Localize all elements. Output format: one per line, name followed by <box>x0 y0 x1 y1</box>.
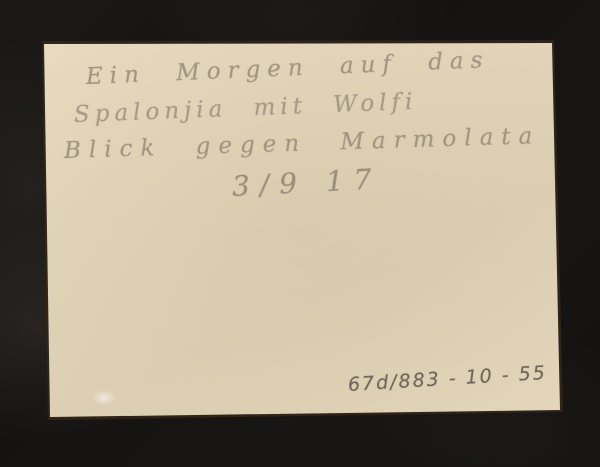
paper-smudge <box>92 390 116 406</box>
photo-backdrop: Ein Morgen auf das Spalonjia mit Wolfi B… <box>0 0 600 467</box>
handwriting-date: 3/9 17 <box>231 162 382 203</box>
photo-card-verso: Ein Morgen auf das Spalonjia mit Wolfi B… <box>0 0 600 467</box>
handwriting-line-3: Blick gegen Marmolata <box>64 123 541 164</box>
handwriting-line-2: Spalonjia mit Wolfi <box>74 89 418 128</box>
handwriting-line-1: Ein Morgen auf das <box>85 47 489 90</box>
inventory-number: 67d/883 - 10 - 55 <box>347 362 547 396</box>
